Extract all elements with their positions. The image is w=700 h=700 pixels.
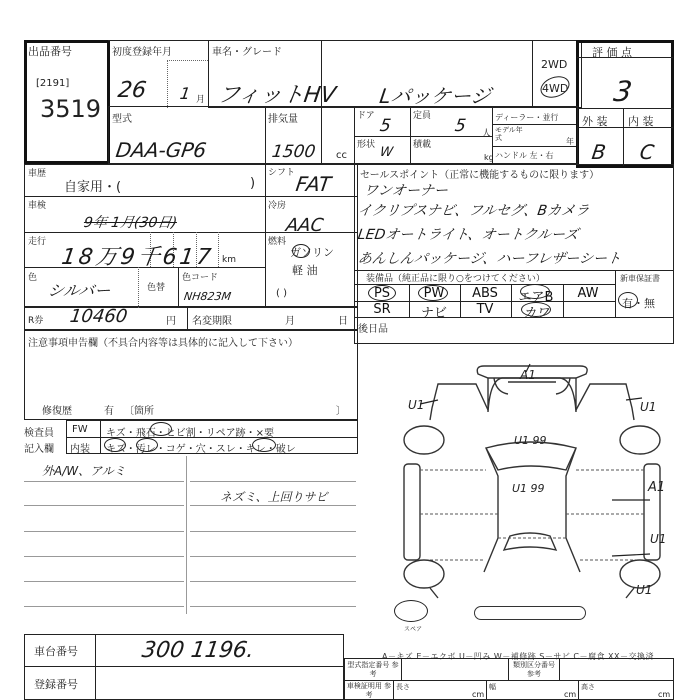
divider: [511, 284, 512, 317]
divider: [532, 40, 533, 108]
first-reg-label: 初度登録年月: [112, 43, 172, 58]
divider: [623, 108, 624, 166]
color-label: 色: [28, 270, 37, 283]
divider: [187, 306, 188, 330]
divider: [486, 680, 487, 700]
interior-circle-wear: [252, 438, 276, 452]
spare-tire: [394, 600, 428, 622]
name-change-month: 月: [285, 312, 295, 327]
divider: [265, 106, 266, 164]
spare-label: スペア: [404, 624, 422, 633]
divider: [577, 57, 673, 58]
ruled-line: [24, 581, 184, 582]
repair-label: 修復歴: [42, 402, 72, 417]
equipment-tv: TV: [463, 302, 507, 317]
lot-sub-number: [2191]: [36, 78, 69, 89]
mark-hood: U1 99: [514, 434, 547, 447]
remarks-left: 外A/W、アルミ: [42, 462, 126, 479]
equipment-pw-circle: [418, 285, 448, 301]
divider: [95, 634, 96, 700]
mileage-unit: km: [222, 255, 236, 265]
divider: [138, 267, 139, 308]
ac-label: 冷房: [268, 198, 286, 211]
handle-label: ハンドル 左・右: [495, 150, 554, 161]
mark-roof: U1 99: [512, 482, 545, 495]
interior-circle-stain: [136, 438, 158, 452]
car-name: フィットHV: [216, 78, 338, 109]
ruled-line: [190, 556, 356, 557]
interior-check-label: 内装: [70, 440, 90, 455]
divider: [393, 680, 394, 700]
divider: [401, 658, 402, 680]
load-label: 積載: [413, 137, 431, 150]
ruled-line: [190, 531, 356, 532]
length-unit: cm: [472, 690, 484, 699]
grade: Lパッケージ: [378, 80, 493, 109]
shift: FAT: [294, 172, 332, 196]
name-change-label: 名変期限: [192, 312, 232, 327]
divider: [577, 108, 673, 109]
fw-items: キズ・飛石・ヒビ割・リペア跡・×要: [106, 424, 274, 439]
height-label: 高さ: [581, 682, 595, 692]
history-close: ): [250, 176, 255, 191]
equipment-leather-circle: [521, 302, 551, 317]
divider: [508, 658, 509, 680]
warranty-label: 新車保証書: [620, 273, 660, 284]
model-code-label: 型式: [112, 110, 132, 125]
divider: [167, 60, 168, 108]
drive-2wd: 2WD: [541, 58, 567, 71]
lot-number: 3519: [40, 95, 101, 123]
reg-label: 登録番号: [34, 676, 78, 692]
equipment-navi: ナビ: [412, 302, 456, 321]
divider: [409, 284, 410, 317]
dealer-label: ディーラー・並行: [495, 112, 558, 123]
interior-circle-scratch: [104, 438, 126, 452]
doors-label: ドア: [357, 108, 375, 121]
divider: [24, 196, 358, 197]
fuel-gasoline-circle: [292, 244, 310, 258]
displacement-unit: cc: [336, 150, 347, 161]
equipment-sr: SR: [360, 302, 404, 317]
shift-label: シフト: [268, 165, 295, 178]
mark-quarter-right: U1: [636, 583, 652, 597]
remarks-right: ネズミ、上回りサビ: [220, 488, 328, 505]
model-code: DAA-GP6: [114, 138, 208, 162]
length-label: 長さ: [396, 682, 410, 692]
fuel-other: ( ): [276, 288, 287, 299]
ruled-line: [190, 606, 356, 607]
sales-points-label: セールスポイント（正常に機能するものに限ります）: [360, 166, 599, 181]
height-unit: cm: [658, 690, 670, 699]
equipment-abs: ABS: [463, 286, 507, 301]
yen-unit: 円: [166, 312, 176, 327]
divider: [615, 270, 616, 317]
name-change-day: 日: [338, 312, 348, 327]
car-name-label: 車名・グレード: [212, 43, 282, 58]
divider: [492, 106, 493, 164]
sales-point-line-1: ワンオーナー: [363, 180, 450, 200]
divider: [218, 232, 219, 267]
caution-label: 注意事項申告欄（不具合内容等は具体的に記入して下さい）: [28, 334, 298, 349]
divider: [265, 164, 266, 308]
body-label: 形状: [357, 137, 375, 150]
divider: [24, 232, 358, 233]
divider: [178, 267, 179, 308]
width-label: 幅: [489, 682, 496, 692]
equipment-ps-circle: [368, 285, 396, 301]
type-approval-label: 型式指定番号 参考: [346, 661, 400, 679]
equipment-airbag-circle: [520, 284, 550, 299]
mark-fender-front-right: U1: [640, 400, 656, 414]
sales-point-line-4: あんしんパッケージ、ハーフレザーシート: [357, 248, 623, 268]
inspector-label-1: 検査員: [24, 424, 54, 439]
ruled-line: [24, 481, 184, 482]
divider: [186, 456, 187, 614]
equipment-aw: AW: [566, 286, 610, 301]
chassis-number: 300 1196.: [140, 638, 255, 663]
divider: [563, 284, 564, 317]
fw-label: FW: [72, 424, 88, 435]
fuel-label: 燃料: [268, 234, 286, 247]
inspection-value: 9年 1月(30日): [83, 212, 179, 232]
vehicle-cert-label: 車検証明用 参考: [346, 682, 392, 700]
first-reg-year: 26: [116, 78, 148, 103]
ruled-line: [24, 531, 184, 532]
fuel-diesel: 軽 油: [292, 262, 318, 278]
divider: [354, 284, 616, 285]
car-damage-diagram: [380, 360, 680, 600]
divider: [100, 420, 101, 454]
category-label: 類別区分番号 参考: [510, 661, 558, 679]
body: W: [379, 145, 394, 160]
displacement-label: 排気量: [268, 110, 298, 125]
history-label: 車歴: [28, 166, 46, 179]
month-unit: 月: [196, 92, 205, 105]
mark-door-right-rear: U1: [650, 532, 666, 546]
inspection-label: 車検: [28, 198, 46, 211]
repair-place: 〔箇所: [124, 402, 154, 417]
capacity-label: 定員: [413, 108, 431, 121]
divider: [559, 658, 560, 680]
ruled-line: [24, 505, 184, 506]
capacity-unit: 人: [482, 126, 491, 139]
divider: [24, 267, 265, 268]
divider: [577, 127, 673, 128]
model-year-label: モデル年式: [495, 126, 525, 142]
ruled-line: [24, 606, 184, 607]
color: シルバー: [46, 278, 112, 301]
lot-number-label: 出品番号: [28, 43, 72, 59]
mark-bumper-front: A1: [520, 368, 536, 382]
chassis-label: 車台番号: [34, 643, 78, 659]
sales-point-line-3: LEDオートライト、オートクルーズ: [357, 224, 580, 244]
recycle-fee: 10460: [69, 306, 129, 327]
color-change-label: 色替: [147, 280, 165, 293]
displacement: 1500: [271, 142, 317, 162]
color-code: NH823M: [183, 290, 232, 303]
divider: [410, 106, 411, 164]
ruled-line: [190, 581, 356, 582]
mark-fender-front-left: U1: [408, 398, 424, 412]
equipment-label: 装備品（純正品に限り○をつけてください）: [366, 271, 545, 284]
divider: [578, 680, 579, 700]
ruled-line: [190, 481, 356, 482]
recycle-label: R券: [28, 313, 43, 326]
divider: [492, 146, 576, 147]
color-code-label: 色コード: [182, 270, 218, 283]
ruled-line: [24, 556, 184, 557]
divider: [167, 60, 208, 61]
sales-point-line-2: イクリプスナビ、フルセグ、Bカメラ: [357, 200, 591, 220]
repair-value: 有: [104, 402, 114, 417]
divider: [354, 106, 355, 164]
warranty-selected-circle: [618, 292, 638, 308]
later-items-label: 後日品: [358, 320, 388, 335]
divider: [492, 124, 576, 125]
mark-door-right-front: A1: [648, 480, 665, 495]
divider: [460, 284, 461, 317]
width-unit: cm: [564, 690, 576, 699]
repair-close: 〕: [336, 402, 346, 417]
ruled-line: [190, 505, 356, 506]
fw-circle-chip: [150, 422, 172, 436]
history-value: 自家用・(: [64, 176, 121, 195]
mileage-label: 走行: [28, 234, 46, 247]
rear-bumper: [474, 606, 586, 620]
divider: [24, 666, 344, 667]
inspector-label-2: 記入欄: [24, 440, 54, 455]
